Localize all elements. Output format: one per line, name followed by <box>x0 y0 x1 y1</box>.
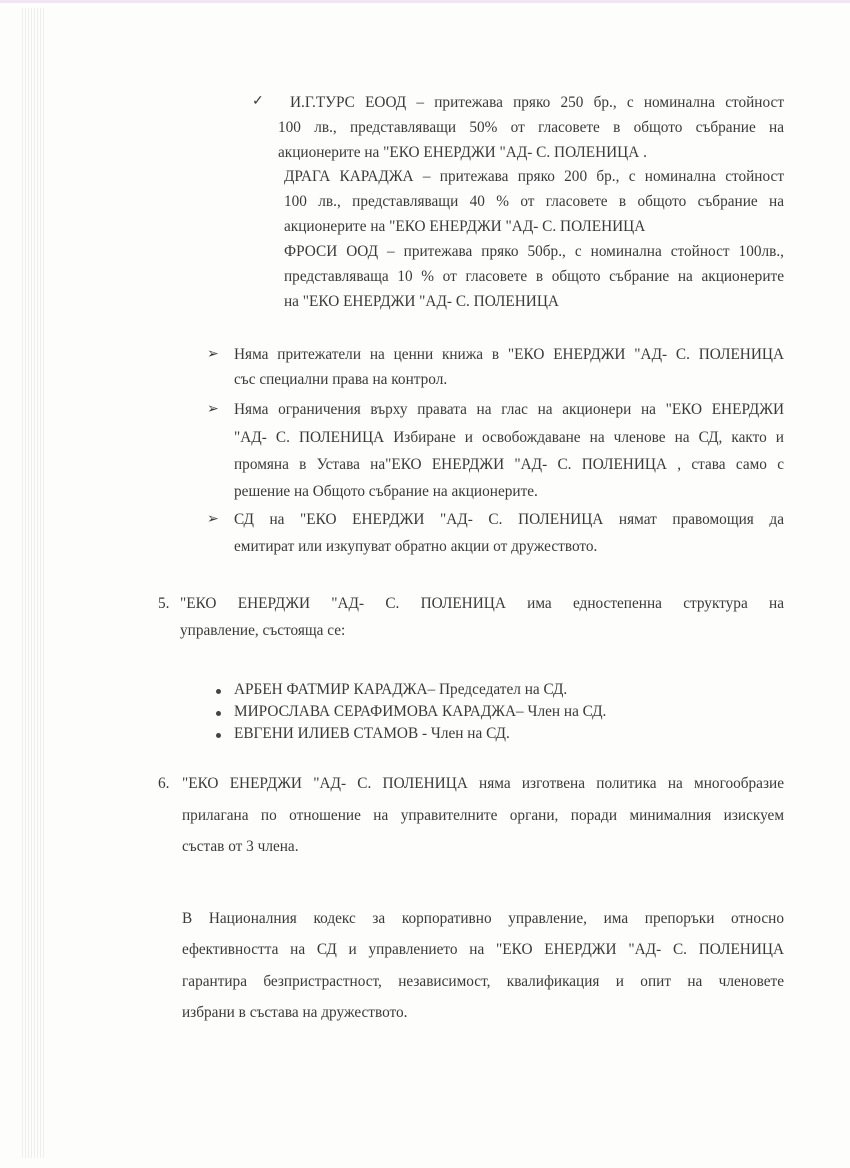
arrow-bullet-icon: ➢ <box>207 510 219 530</box>
arrow-bullet-icon: ➢ <box>207 345 219 365</box>
shareholder-3-line-1: ФРОСИ ООД – притежава пряко 50бр., с ном… <box>284 242 784 262</box>
section-6-number: 6. <box>158 774 169 794</box>
shareholder-1-line-1: И.Г.ТУРС ЕООД – притежава пряко 250 бр.,… <box>290 93 784 113</box>
bullet-icon <box>216 689 221 694</box>
shareholder-1-line-3: акционерите на "ЕКО ЕНЕРДЖИ "АД- С. ПОЛЕ… <box>278 143 647 163</box>
section-5-number: 5. <box>158 594 169 614</box>
section-6-line-2: прилагана по отношение на управителните … <box>182 806 784 826</box>
scan-binding-artifact <box>22 8 44 1158</box>
board-member-3: ЕВГЕНИ ИЛИЕВ СТАМОВ - Член на СД. <box>234 724 510 744</box>
bullet-icon <box>216 733 221 738</box>
arrow-item-2-line-4: решение на Общото събрание на акционерит… <box>234 482 538 502</box>
closing-line-4: избрани в състава на дружеството. <box>182 1003 408 1023</box>
shareholder-2-line-1: ДРАГА КАРАДЖА – притежава пряко 200 бр.,… <box>284 167 784 187</box>
closing-line-3: гарантира безпристрастност, независимост… <box>182 972 784 992</box>
board-member-2: МИРОСЛАВА СЕРАФИМОВА КАРАДЖА– Член на СД… <box>234 702 606 722</box>
checkmark-icon: ✓ <box>252 92 264 112</box>
arrow-item-3-line-2: емитират или изкупуват обратно акции от … <box>234 537 597 557</box>
arrow-item-2-line-3: промяна в Устава на"ЕКО ЕНЕРДЖИ "АД- С. … <box>234 455 784 475</box>
arrow-item-2-line-2: "АД- С. ПОЛЕНИЦА Избиране и освобождаван… <box>234 428 784 448</box>
shareholder-2-line-2: 100 лв., представляващи 40 % от гласовет… <box>284 192 784 212</box>
shareholder-1-line-2: 100 лв., представляващи 50% от гласовете… <box>278 118 784 138</box>
shareholder-2-line-3: акционерите на "ЕКО ЕНЕРДЖИ "АД- С. ПОЛЕ… <box>284 217 645 237</box>
arrow-item-1-line-2: със специални права на контрол. <box>234 370 447 390</box>
section-6-line-3: състав от 3 члена. <box>182 837 299 857</box>
section-6-line-1: "ЕКО ЕНЕРДЖИ "АД- С. ПОЛЕНИЦА няма изгот… <box>182 774 784 794</box>
arrow-item-2-line-1: Няма ограничения върху правата на глас н… <box>234 400 784 420</box>
closing-line-2: ефективността на СД и управлението на "Е… <box>182 940 784 960</box>
arrow-bullet-icon: ➢ <box>207 400 219 420</box>
shareholder-3-line-2: представляваща 10 % от гласовете в общот… <box>284 267 784 287</box>
section-5-line-2: управление, състояща се: <box>180 621 345 641</box>
section-5-line-1: "ЕКО ЕНЕРДЖИ "АД- С. ПОЛЕНИЦА има едност… <box>180 594 784 614</box>
bullet-icon <box>216 711 221 716</box>
shareholder-3-line-3: на "ЕКО ЕНЕРДЖИ "АД- С. ПОЛЕНИЦА <box>284 292 559 312</box>
board-member-1: АРБЕН ФАТМИР КАРАДЖА– Председател на СД. <box>234 680 567 700</box>
arrow-item-1-line-1: Няма притежатели на ценни книжа в "ЕКО Е… <box>234 345 784 365</box>
closing-line-1: В Националния кодекс за корпоративно упр… <box>182 909 784 929</box>
scan-top-edge <box>0 0 850 3</box>
arrow-item-3-line-1: СД на "ЕКО ЕНЕРДЖИ "АД- С. ПОЛЕНИЦА няма… <box>234 510 784 530</box>
